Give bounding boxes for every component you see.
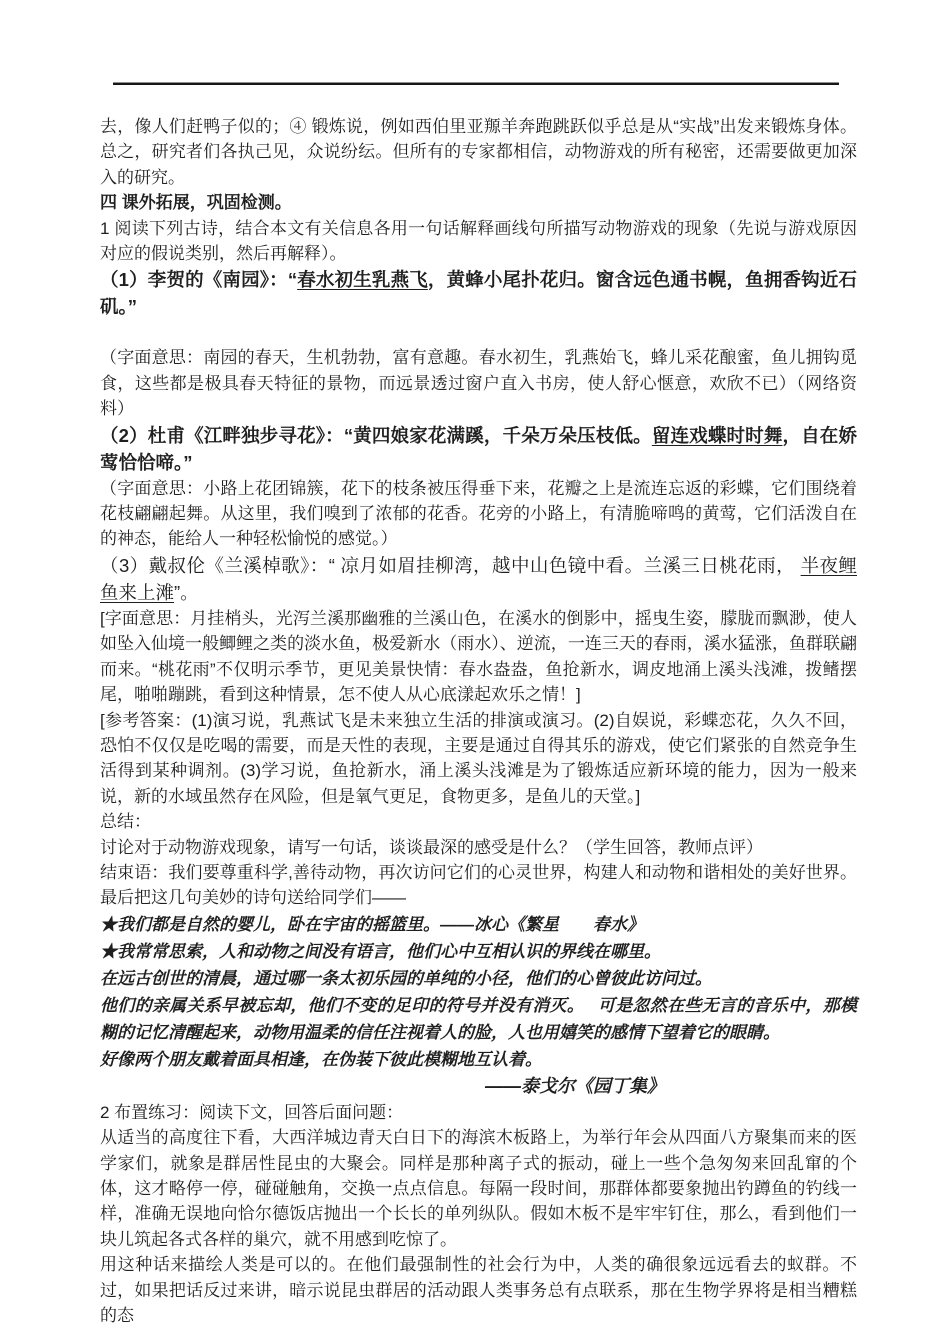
- text-run: 1 阅读下列古诗，结合本文有关信息各用一句话解释画线句所描写动物游戏的现象（先说…: [100, 219, 857, 263]
- text-run: 去，像人们赶鸭子似的；④ 锻炼说，例如西伯里亚羱羊奔跑跳跃似乎总是从“实战”出发…: [100, 117, 857, 187]
- text-run: 他们的亲属关系早被忘却，他们不变的足印的符号并没有消灭。 可是忽然在些无言的音乐…: [100, 996, 857, 1042]
- text-run: ”。: [174, 582, 199, 603]
- para-quote-tagore-line-2: 在远古创世的清晨，通过哪一条太初乐园的单纯的小径，他们的心曾彼此访问过。: [100, 965, 857, 992]
- text-run: （字面意思：南园的春天，生机勃勃，富有意趣。春水初生，乳燕始飞，蜂儿采花酿蜜，鱼…: [100, 348, 857, 418]
- para-exercise-2-instructions: 2 布置练习：阅读下文，回答后面问题：: [100, 1100, 857, 1125]
- text-run: （字面意思：小路上花团锦簇，花下的枝条被压得垂下来，花瓣之上是流连忘返的彩蝶，它…: [100, 479, 857, 549]
- para-literal-meaning-poem-3: [字面意思：月挂梢头，光泻兰溪那幽雅的兰溪山色，在溪水的倒影中，摇曳生姿，朦胧而…: [100, 606, 857, 708]
- para-quote-attribution-tagore: ——泰戈尔《园丁集》: [100, 1073, 857, 1100]
- text-run: 好像两个朋友戴着面具相逢，在伪装下彼此模糊地互认着。: [100, 1050, 542, 1069]
- text-run: 讨论对于动物游戏现象，请写一句话，谈谈最深的感受是什么？（学生回答，教师点评）: [100, 838, 763, 857]
- para-reference-answers: [参考答案：(1)演习说，乳燕试飞是未来独立生活的排演或演习。(2)自娱说，彩蝶…: [100, 708, 857, 810]
- text-run: [字面意思：月挂梢头，光泻兰溪那幽雅的兰溪山色，在溪水的倒影中，摇曳生姿，朦胧而…: [100, 609, 857, 704]
- para-blank-line: [100, 320, 857, 345]
- text-run: （3）戴叔伦《兰溪棹歌》：“ 凉月如眉挂柳湾，越中山色镜中看。兰溪三日桃花雨，: [100, 555, 801, 576]
- text-run: ——泰戈尔《园丁集》: [485, 1076, 665, 1096]
- text-run: ★我常常思索，人和动物之间没有语言，他们心中互相认识的界线在哪里。: [100, 942, 661, 961]
- para-closing-remarks: 结束语：我们要尊重科学,善待动物，再次访问它们的心灵世界，构建人和动物和谐相处的…: [100, 860, 857, 911]
- text-run: 在远古创世的清晨，通过哪一条太初乐园的单纯的小径，他们的心曾彼此访问过。: [100, 969, 712, 988]
- header-rule-line: [113, 83, 839, 85]
- para-exercise-1-instructions: 1 阅读下列古诗，结合本文有关信息各用一句话解释画线句所描写动物游戏的现象（先说…: [100, 216, 857, 267]
- text-run: （1）李贺的《南园》：“: [100, 269, 297, 290]
- text-run: 结束语：我们要尊重科学,善待动物，再次访问它们的心灵世界，构建人和动物和谐相处的…: [100, 863, 857, 907]
- text-run: 用这种话来描绘人类是可以的。在他们最强制性的社会行为中，人类的确很象远远看去的蚁…: [100, 1255, 857, 1325]
- para-reading-passage-1: 从适当的高度往下看，大西洋城边青天白日下的海滨木板路上，为举行年会从四面八方聚集…: [100, 1125, 857, 1252]
- text-run: 四 课外拓展，巩固检测。: [100, 193, 292, 212]
- text-run: 2 布置练习：阅读下文，回答后面问题：: [100, 1103, 403, 1122]
- text-run: 从适当的高度往下看，大西洋城边青天白日下的海滨木板路上，为举行年会从四面八方聚集…: [100, 1128, 857, 1249]
- para-heading-section-four: 四 课外拓展，巩固检测。: [100, 190, 857, 215]
- para-literal-meaning-poem-1: （字面意思：南园的春天，生机勃勃，富有意趣。春水初生，乳燕始飞，蜂儿采花酿蜜，鱼…: [100, 345, 857, 421]
- para-quote-tagore-line-1: ★我常常思索，人和动物之间没有语言，他们心中互相认识的界线在哪里。: [100, 938, 857, 965]
- para-poem-3-dai-shulun: （3）戴叔伦《兰溪棹歌》：“ 凉月如眉挂柳湾，越中山色镜中看。兰溪三日桃花雨， …: [100, 552, 857, 606]
- para-quote-bingxin: ★我们都是自然的婴儿，卧在宇宙的摇篮里。——冰心《繁星 春水》: [100, 911, 857, 938]
- para-body-conclusion-of-theories: 去，像人们赶鸭子似的；④ 锻炼说，例如西伯里亚羱羊奔跑跳跃似乎总是从“实战”出发…: [100, 114, 857, 190]
- document-content: 去，像人们赶鸭子似的；④ 锻炼说，例如西伯里亚羱羊奔跑跳跃似乎总是从“实战”出发…: [100, 114, 857, 1328]
- para-quote-tagore-line-3: 他们的亲属关系早被忘却，他们不变的足印的符号并没有消灭。 可是忽然在些无言的音乐…: [100, 992, 857, 1046]
- para-reading-passage-2: 用这种话来描绘人类是可以的。在他们最强制性的社会行为中，人类的确很象远远看去的蚁…: [100, 1252, 857, 1328]
- para-poem-2-du-fu: （2）杜甫《江畔独步寻花》：“黄四娘家花满蹊，千朵万朵压枝低。留连戏蝶时时舞，自…: [100, 422, 857, 476]
- text-run: ★我们都是自然的婴儿，卧在宇宙的摇篮里。——冰心《繁星 春水》: [100, 915, 644, 934]
- underlined-phrase: 留连戏蝶时时舞: [652, 425, 783, 446]
- para-quote-tagore-line-4: 好像两个朋友戴着面具相逢，在伪装下彼此模糊地互认着。: [100, 1046, 857, 1073]
- text-run: （2）杜甫《江畔独步寻花》：“黄四娘家花满蹊，千朵万朵压枝低。: [100, 425, 652, 446]
- text-run: [参考答案：(1)演习说，乳燕试飞是未来独立生活的排演或演习。(2)自娱说，彩蝶…: [100, 711, 857, 806]
- para-poem-1-li-he-nanyuan: （1）李贺的《南园》：“春水初生乳燕飞，黄蜂小尾扑花归。窗含远色通书幌，鱼拥香钩…: [100, 266, 857, 320]
- text-run: 总结：: [100, 812, 151, 831]
- para-discussion-prompt: 讨论对于动物游戏现象，请写一句话，谈谈最深的感受是什么？（学生回答，教师点评）: [100, 835, 857, 860]
- document-page: 去，像人们赶鸭子似的；④ 锻炼说，例如西伯里亚羱羊奔跑跳跃似乎总是从“实战”出发…: [0, 0, 950, 1344]
- underlined-phrase: 春水初生乳燕飞: [297, 269, 428, 290]
- header-rule-divider: [113, 82, 839, 85]
- para-summary-label: 总结：: [100, 809, 857, 834]
- para-literal-meaning-poem-2: （字面意思：小路上花团锦簇，花下的枝条被压得垂下来，花瓣之上是流连忘返的彩蝶，它…: [100, 476, 857, 552]
